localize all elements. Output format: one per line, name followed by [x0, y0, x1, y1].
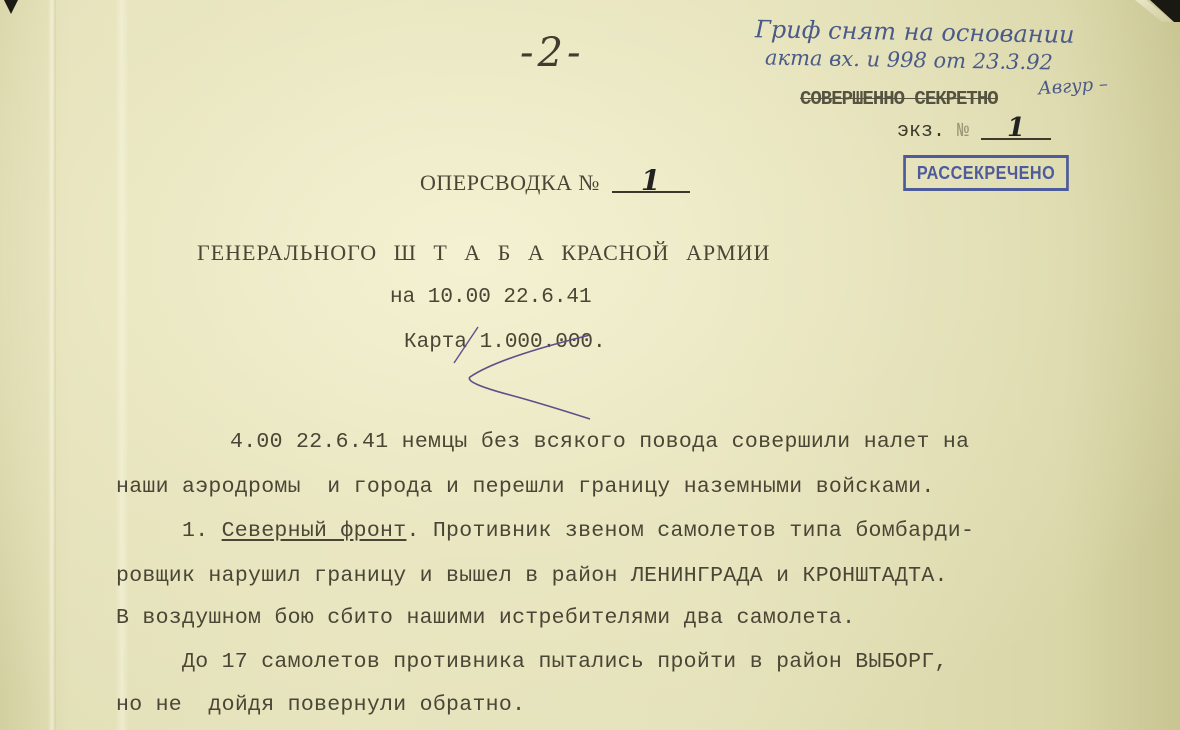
- item-1-heading: Северный фронт: [222, 519, 407, 543]
- copy-number: 1: [981, 118, 1051, 140]
- declassified-stamp: РАССЕКРЕЧЕНО: [903, 155, 1069, 191]
- document-page: -2- Гриф снят на основании акта вх. и 99…: [0, 0, 1180, 730]
- item-1-number: 1.: [182, 519, 222, 543]
- struck-classification: СОВЕРШЕННО СЕКРЕТНО: [800, 88, 998, 110]
- paragraph-2-line-1: До 17 самолетов противника пытались прой…: [182, 650, 948, 674]
- pen-strike-mark: [440, 315, 700, 425]
- page-number: -2-: [520, 30, 584, 76]
- paper-crease: [48, 0, 56, 730]
- intro-line-1: 4.00 22.6.41 немцы без всякого повода со…: [230, 430, 969, 454]
- torn-corner: [4, 0, 18, 14]
- item-1-line-1: 1. Северный фронт. Противник звеном само…: [182, 519, 974, 543]
- item-1-line-3: В воздушном бою сбито нашими истребителя…: [116, 606, 855, 630]
- intro-line-2: наши аэродромы и города и перешли границ…: [116, 475, 935, 499]
- report-datetime: на 10.00 22.6.41: [390, 286, 592, 309]
- item-1-line-2: ровщик нарушил границу и вышел в район Л…: [116, 564, 948, 588]
- title-label: ОПЕРСВОДКА №: [420, 170, 600, 195]
- stamp-text: РАССЕКРЕЧЕНО: [917, 163, 1055, 184]
- document-title: ОПЕРСВОДКА № 1: [420, 170, 690, 196]
- title-number: 1: [612, 171, 690, 193]
- item-1-text: . Противник звеном самолетов типа бомбар…: [406, 519, 974, 543]
- document-subtitle: ГЕНЕРАЛЬНОГО Ш Т А Б А КРАСНОЙ АРМИИ: [197, 240, 770, 266]
- number-sign: №: [957, 120, 969, 143]
- declassification-note-line1: Гриф снят на основании: [755, 15, 1075, 49]
- copy-label: экз.: [897, 120, 945, 143]
- declassification-note-line2: акта вх. и 998 от 23.3.92: [765, 45, 1053, 74]
- paragraph-2-line-2: но не дойдя повернули обратно.: [116, 693, 525, 717]
- signature: Авгур –: [1037, 74, 1108, 100]
- copy-number-line: экз. № 1: [897, 118, 1051, 143]
